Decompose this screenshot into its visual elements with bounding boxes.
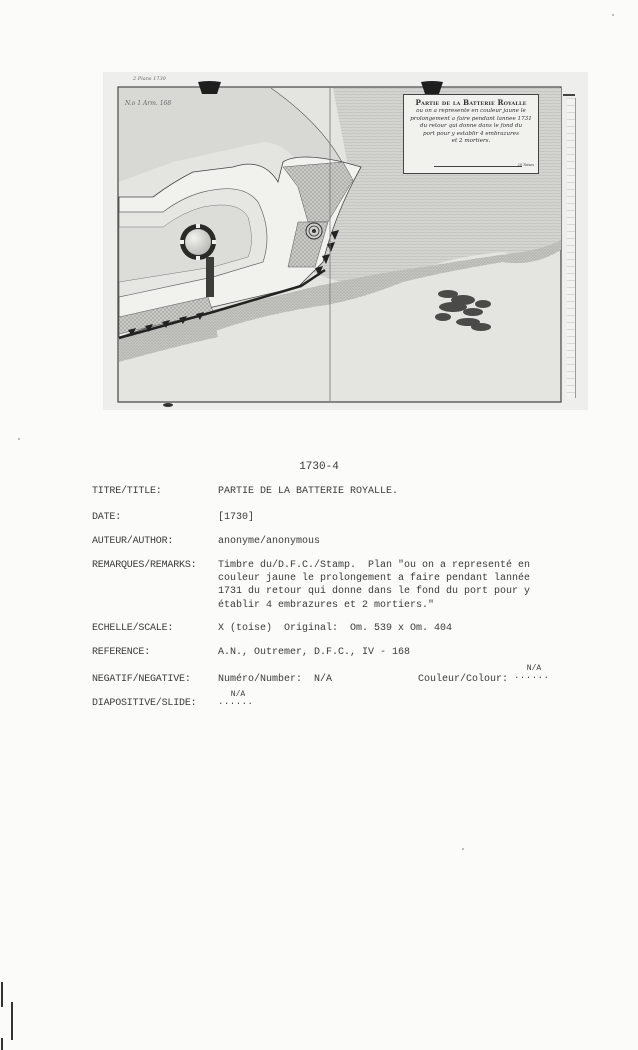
field-label: TITRE/TITLE:	[92, 485, 217, 498]
field-label: ECHELLE/SCALE:	[92, 622, 217, 635]
field-value: Timbre du/D.F.C./Stamp. Plan "ou on a re…	[218, 559, 530, 612]
colour-label: Couleur/Colour:	[418, 674, 508, 685]
field-value: A.N., Outremer, D.F.C., IV - 168	[218, 646, 410, 659]
dust-speck	[462, 848, 464, 850]
scan-edge-mark	[1, 1038, 3, 1050]
cartouche-title: Partie de la Batterie Royalle	[408, 98, 534, 107]
map-photograph: 2 Plans 1730 N.o 1 Arm. 168 Partie de la…	[103, 72, 588, 410]
colour-value: N/A ......	[514, 665, 554, 679]
scan-edge-mark	[1, 982, 3, 1007]
cartouche-line: prolongement a faire pendant lannee 1731	[408, 116, 534, 124]
measurement-ruler	[567, 98, 576, 398]
field-value: anonyme/anonymous	[218, 535, 320, 548]
field-label: REMARQUES/REMARKS:	[92, 559, 217, 572]
archive-number-note: N.o 1 Arm. 168	[125, 100, 171, 107]
field-value: X (toise) Original: Om. 539 x Om. 404	[218, 622, 452, 635]
cartouche-line: port pour y establir 4 embrazures	[408, 131, 534, 139]
scale-bar-label: 20 Toises	[517, 163, 534, 167]
catalogue-number: 1730-4	[0, 461, 638, 473]
field-label: REFERENCE:	[92, 646, 217, 659]
map-cartouche: Partie de la Batterie Royalle ou on a re…	[403, 94, 539, 174]
dust-speck	[612, 14, 614, 16]
field-label: DATE:	[92, 511, 217, 524]
cartouche-line: ou on a represente en couleur jaune le	[408, 108, 534, 116]
slide-dots: ......	[218, 699, 258, 705]
cartouche-body: ou on a represente en couleur jaune le p…	[408, 108, 534, 146]
cartouche-line: et 2 mortiers.	[408, 138, 534, 146]
field-colour: Couleur/Colour: N/A ......	[418, 673, 508, 686]
colour-dots: ......	[514, 673, 554, 679]
field-value: [1730]	[218, 511, 254, 524]
scale-bar	[434, 162, 522, 167]
dust-speck	[18, 438, 20, 440]
field-label: AUTEUR/AUTHOR:	[92, 535, 217, 548]
top-margin-note: 2 Plans 1730	[133, 76, 166, 82]
field-label: DIAPOSITIVE/SLIDE:	[92, 697, 217, 710]
field-value: Numéro/Number: N/A	[218, 673, 332, 686]
scan-edge-mark	[11, 1002, 13, 1040]
cartouche-line: du retour qui donne dans le fond du	[408, 123, 534, 131]
ruler-cap	[563, 94, 575, 96]
slide-value: N/A ......	[218, 691, 258, 705]
field-label: NEGATIF/NEGATIVE:	[92, 673, 217, 686]
field-value: PARTIE DE LA BATTERIE ROYALLE.	[218, 485, 398, 498]
stamp-icon	[306, 223, 322, 239]
